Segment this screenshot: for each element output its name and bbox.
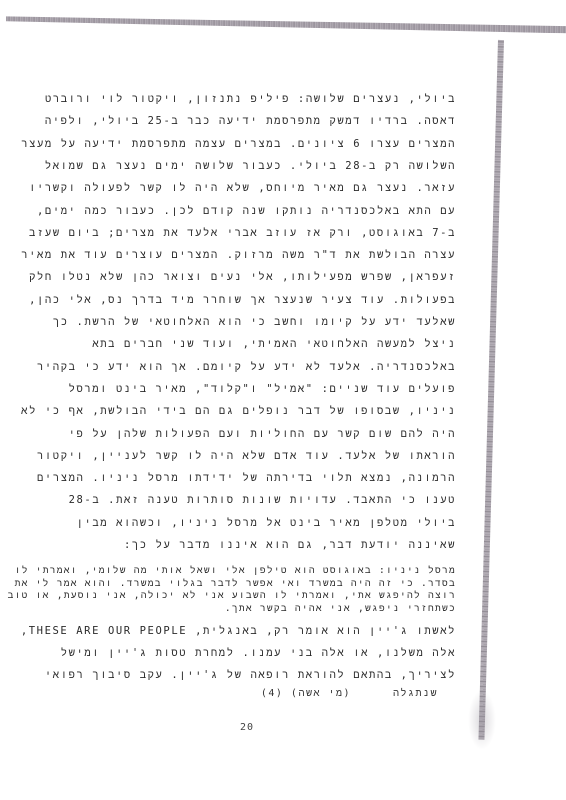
text-line: עזאר. נעצר גם מאיר מיוחס, שלא היה לו קשר… [29,181,456,195]
scan-shadow-right [478,40,504,740]
handwritten-annotation: (מי אשה) (4) [261,688,351,700]
text-line: בפעולות. עוד צעיר שנעצר אך שוחרר מיד בדר… [29,293,456,307]
text-line: באלכסנדריה. אלעד לא ידע על קיומם. אך הוא… [37,360,456,374]
text-line: הרמונה, נמצא תלוי בדירתה של ידידתו מרסל … [37,471,456,485]
text-line: כשתחזרי ניפגש, אני אהיה בקשר אתך. [225,602,456,616]
text-line: המצרים עצרו 6 ציונים. במצרים עצמה מתפרסמ… [21,137,456,151]
page-number: 20 [240,722,254,733]
text-line: לציריך, בהתאם להוראת רופאה של ג'יין. עקב… [45,668,456,682]
scan-smudge [468,690,496,750]
last-line: שנתגלה [393,688,438,700]
text-line: עם התא באלכסנדריה נותקו שנה קודם לכן. כע… [37,204,456,218]
text-line: שאיננה יודעת דבר, גם הוא איננו מדבר על כ… [124,538,456,552]
text-line: ניצל למעשה האלחוטאי האמיתי, ועוד שני חבר… [92,337,456,351]
text-line: אלה משלנו, או אלה בני עמנו. למחרת טסות ג… [61,646,456,660]
text-line: השלושה רק ב-28 ביולי. כעבור שלושה ימים נ… [45,159,456,173]
text-line: הוראתו של אלעד. עוד אדם שלא היה לו קשר ל… [37,449,456,463]
text-line: ניניו, שבסופו של דבר נופלים גם הם בידי ה… [21,404,456,418]
text-line: פועלים עוד שניים: "אמיל" ו"קלוד", מאיר ב… [69,382,456,396]
scanned-document-page: ביולי, נעצרים שלושה: פיליפ נתנזון, ויקטו… [0,0,566,800]
text-line: עצרה הבולשת את ד"ר משה מרזוק. המצרים עוצ… [21,248,456,262]
text-line: לאשתו ג'יין הוא אומר רק, באנגלית, THESE … [21,624,456,638]
text-line: טענו כי התאבד. עדויות שונות סותרות טענה … [69,493,456,507]
text-line: היה להם שום קשר עם החוליות ועם הפעולות ש… [69,427,456,441]
text-line: דאסה. ברדיו דמשק מתפרסמת ידיעה כבר ב-25 … [45,114,456,128]
text-line: ביולי מטלפן מאיר בינט אל מרסל ניניו, וכש… [77,516,456,530]
text-line: ב-7 באוגוסט, ורק אז עוזב אברי אלעד את מצ… [29,226,456,240]
text-line: זעפראן, שפרש מפעילותו, אלי נעים וצואר כה… [29,270,456,284]
text-line: שאלעד ידע על קיומו וחשב כי הוא האלחוטאי … [53,315,456,329]
scan-shadow-top [6,14,566,33]
text-line: ביולי, נעצרים שלושה: פיליפ נתנזון, ויקטו… [45,92,456,106]
